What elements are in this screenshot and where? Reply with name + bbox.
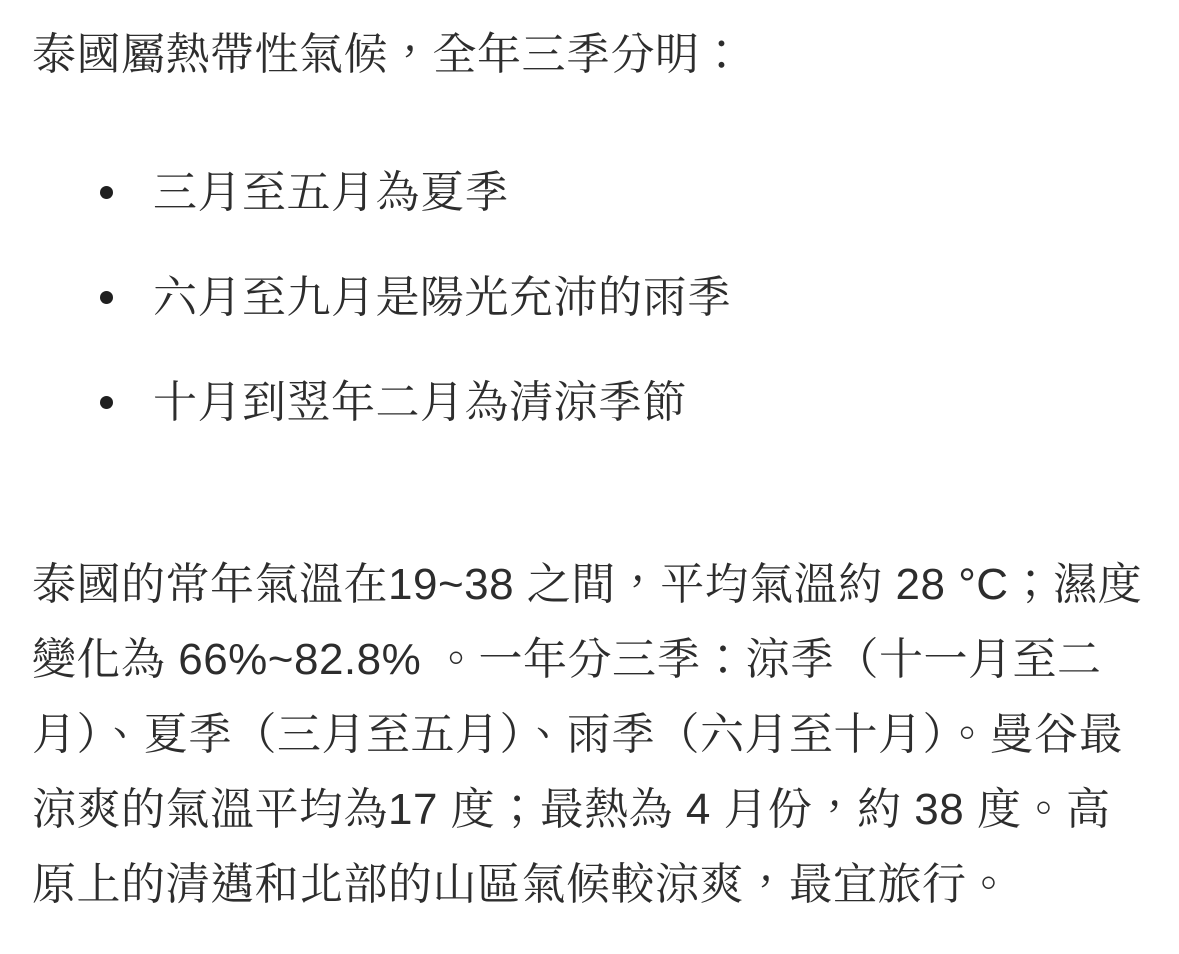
bullet-icon <box>100 291 113 304</box>
climate-paragraph: 泰國的常年氣溫在19~38 之間，平均氣溫約 28 °C；濕度變化為 66%~8… <box>32 547 1147 922</box>
bullet-icon <box>100 186 113 199</box>
list-item: 十月到翌年二月為清涼季節 <box>32 374 1147 431</box>
list-item: 六月至九月是陽光充沛的雨季 <box>32 269 1147 326</box>
list-item-label: 十月到翌年二月為清涼季節 <box>153 374 687 431</box>
intro-paragraph: 泰國屬熱帶性氣候，全年三季分明： <box>32 26 1147 84</box>
list-item-label: 三月至五月為夏季 <box>153 164 509 221</box>
page: { "colors": { "background": "#ffffff", "… <box>0 0 1179 954</box>
document-body: 泰國屬熱帶性氣候，全年三季分明： 三月至五月為夏季 六月至九月是陽光充沛的雨季 … <box>0 0 1179 922</box>
season-list: 三月至五月為夏季 六月至九月是陽光充沛的雨季 十月到翌年二月為清涼季節 <box>32 164 1147 431</box>
bullet-icon <box>100 396 113 409</box>
list-item-label: 六月至九月是陽光充沛的雨季 <box>153 269 732 326</box>
list-item: 三月至五月為夏季 <box>32 164 1147 221</box>
